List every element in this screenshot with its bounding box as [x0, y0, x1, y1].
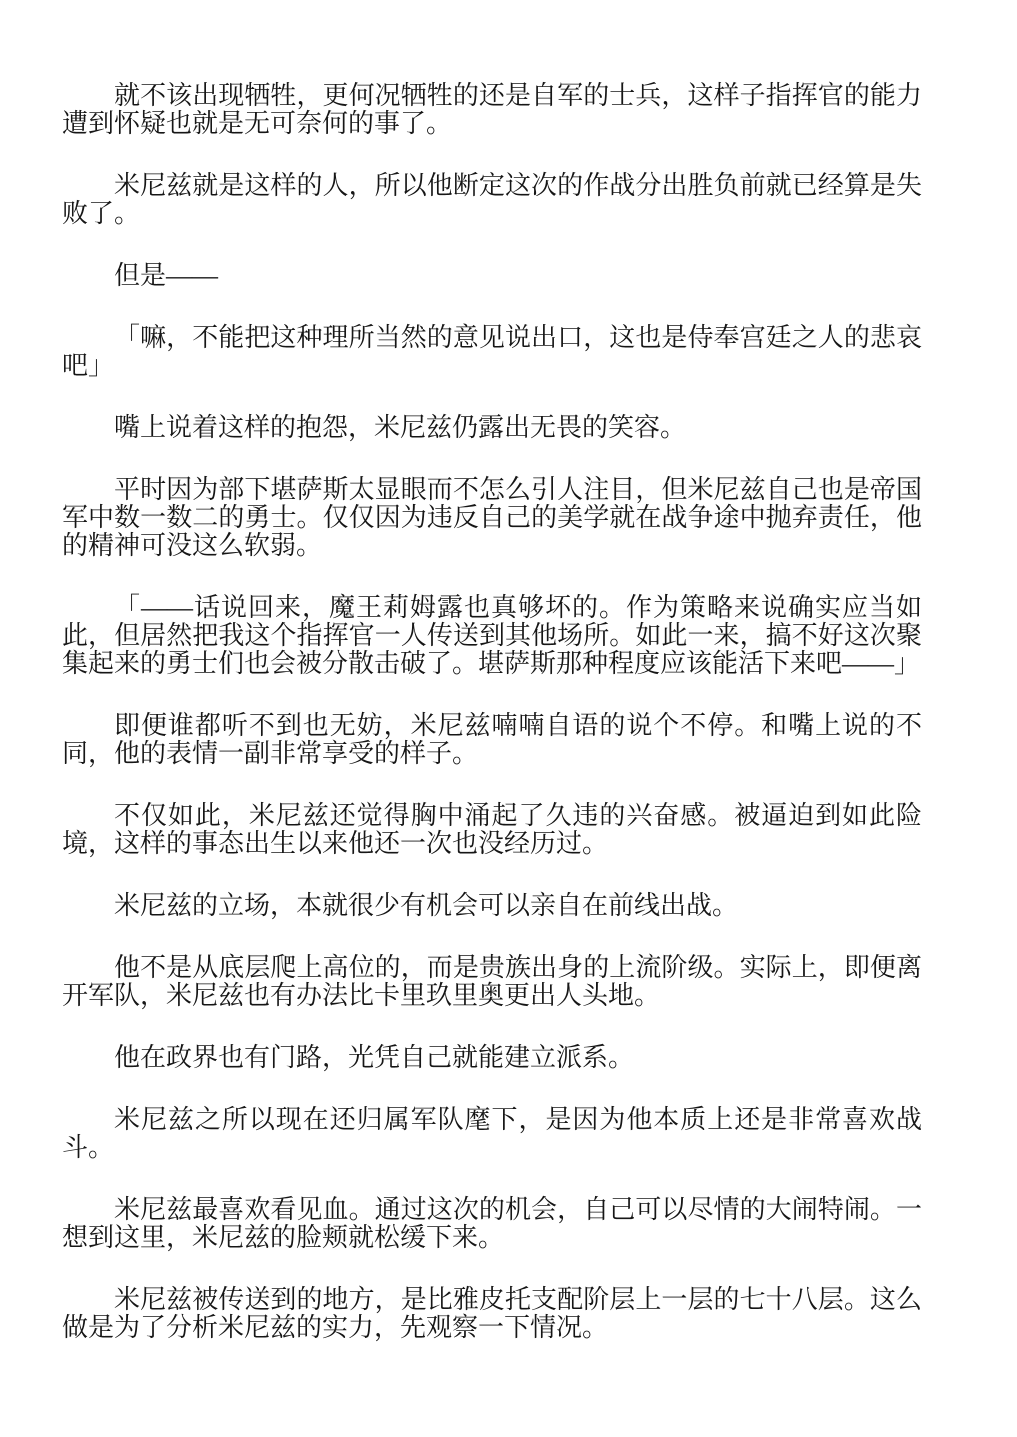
paragraph-8: 即便谁都听不到也无妨，米尼兹喃喃自语的说个不停。和嘴上说的不同，他的表情一副非常…	[62, 712, 922, 768]
paragraph-15: 米尼兹被传送到的地方，是比雅皮托支配阶层上一层的七十八层。这么做是为了分析米尼兹…	[62, 1286, 922, 1342]
paragraph-10: 米尼兹的立场，本就很少有机会可以亲自在前线出战。	[62, 892, 922, 920]
paragraph-7: 「——话说回来，魔王莉姆露也真够坏的。作为策略来说确实应当如此，但居然把我这个指…	[62, 594, 922, 678]
paragraph-4: 「嘛，不能把这种理所当然的意见说出口，这也是侍奉宫廷之人的悲哀吧」	[62, 324, 922, 380]
paragraph-14: 米尼兹最喜欢看见血。通过这次的机会，自己可以尽情的大闹特闹。一想到这里，米尼兹的…	[62, 1196, 922, 1252]
paragraph-3: 但是——	[62, 262, 922, 290]
paragraph-6: 平时因为部下堪萨斯太显眼而不怎么引人注目，但米尼兹自己也是帝国军中数一数二的勇士…	[62, 476, 922, 560]
paragraph-9: 不仅如此，米尼兹还觉得胸中涌起了久违的兴奋感。被逼迫到如此险境，这样的事态出生以…	[62, 802, 922, 858]
paragraph-12: 他在政界也有门路，光凭自己就能建立派系。	[62, 1044, 922, 1072]
text-block: 就不该出现牺牲，更何况牺牲的还是自军的士兵，这样子指挥官的能力遭到怀疑也就是无可…	[62, 48, 922, 1342]
paragraph-2: 米尼兹就是这样的人，所以他断定这次的作战分出胜负前就已经算是失败了。	[62, 172, 922, 228]
document-page: 就不该出现牺牲，更何况牺牲的还是自军的士兵，这样子指挥官的能力遭到怀疑也就是无可…	[0, 0, 1017, 1437]
paragraph-13: 米尼兹之所以现在还归属军队麾下，是因为他本质上还是非常喜欢战斗。	[62, 1106, 922, 1162]
paragraph-5: 嘴上说着这样的抱怨，米尼兹仍露出无畏的笑容。	[62, 414, 922, 442]
paragraph-11: 他不是从底层爬上高位的，而是贵族出身的上流阶级。实际上，即便离开军队，米尼兹也有…	[62, 954, 922, 1010]
paragraph-1: 就不该出现牺牲，更何况牺牲的还是自军的士兵，这样子指挥官的能力遭到怀疑也就是无可…	[62, 82, 922, 138]
